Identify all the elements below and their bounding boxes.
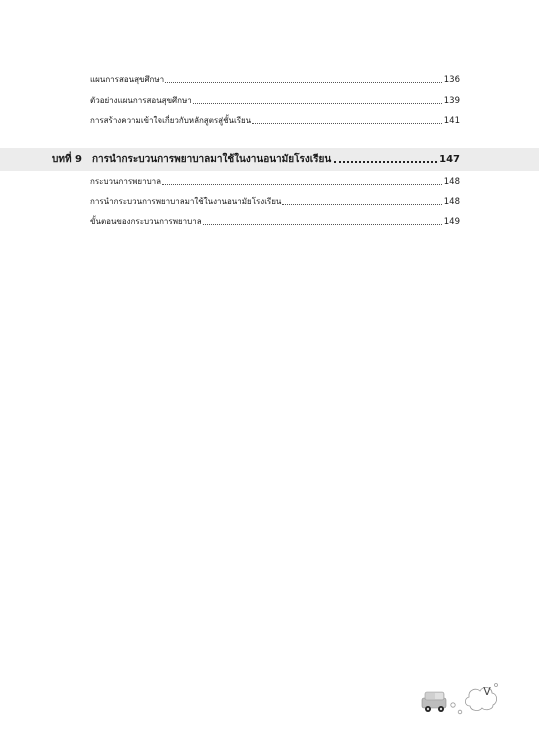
toc-entry-page: 139	[444, 95, 460, 107]
page-number: V	[477, 685, 497, 698]
chapter-number: บทที่ 9	[52, 153, 92, 167]
toc-entry-title: ตัวอย่างแผนการสอนสุขศึกษา	[90, 95, 192, 107]
toc-entry-page: 136	[444, 74, 460, 86]
toc-entry[interactable]: การสร้างความเข้าใจเกี่ยวกับหลักสูตรสู่ชั…	[90, 113, 460, 127]
chapter-title: การนำกระบวนการพยาบาลมาใช้ในงานอนามัยโรงเ…	[92, 153, 331, 167]
toc-entry[interactable]: ขั้นตอนของกระบวนการพยาบาล 149	[90, 214, 460, 228]
toc-entry-page: 149	[444, 216, 460, 228]
dot-leader	[334, 160, 437, 163]
toc-entry-title: ขั้นตอนของกระบวนการพยาบาล	[90, 216, 202, 228]
toc-entry[interactable]: แผนการสอนสุขศึกษา 136	[90, 72, 460, 86]
toc-chapter-heading[interactable]: บทที่ 9 การนำกระบวนการพยาบาลมาใช้ในงานอน…	[52, 151, 460, 167]
toc-entry-title: การสร้างความเข้าใจเกี่ยวกับหลักสูตรสู่ชั…	[90, 115, 251, 127]
chapter-page: 147	[439, 153, 460, 167]
toc-entry-title: แผนการสอนสุขศึกษา	[90, 74, 164, 86]
toc-entry-page: 141	[444, 115, 460, 127]
toc-entry-title: กระบวนการพยาบาล	[90, 176, 161, 188]
dot-leader	[252, 122, 442, 124]
toc-entry[interactable]: ตัวอย่างแผนการสอนสุขศึกษา 139	[90, 93, 460, 107]
toc-entry-page: 148	[444, 176, 460, 188]
dot-leader	[282, 203, 441, 205]
dot-leader	[162, 183, 442, 185]
dot-leader	[193, 102, 442, 104]
toc-entry-page: 148	[444, 196, 460, 208]
toc-entry-title: การนำกระบวนการพยาบาลมาใช้ในงานอนามัยโรงเ…	[90, 196, 281, 208]
dot-leader	[165, 81, 442, 83]
dot-leader	[203, 223, 442, 225]
toc-entry[interactable]: การนำกระบวนการพยาบาลมาใช้ในงานอนามัยโรงเ…	[90, 194, 460, 208]
truck-icon	[422, 692, 446, 712]
footer-decoration	[420, 676, 500, 722]
toc-entry[interactable]: กระบวนการพยาบาล 148	[90, 174, 460, 188]
